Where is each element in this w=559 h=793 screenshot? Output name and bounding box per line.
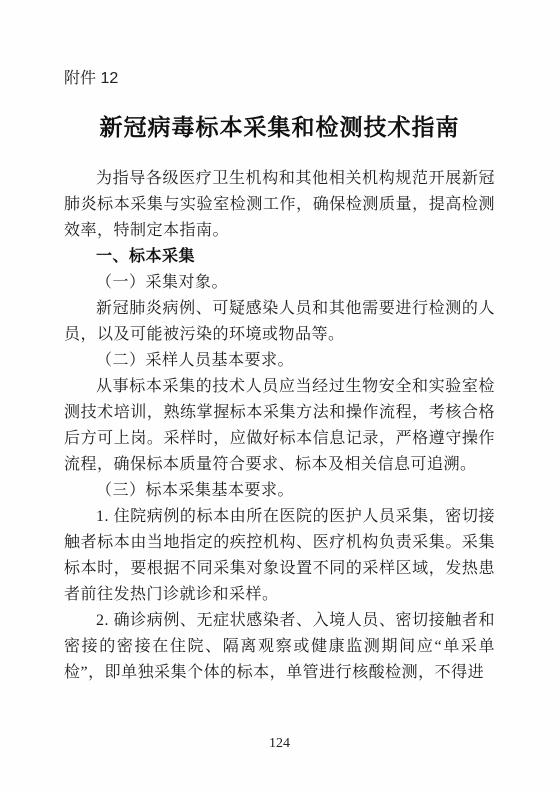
- body-paragraph: 新冠肺炎病例、可疑感染人员和其他需要进行检测的人员，以及可能被污染的环境或物品等…: [64, 296, 495, 348]
- body-paragraph: 为指导各级医疗卫生机构和其他相关机构规范开展新冠肺炎标本采集与实验室检测工作，确…: [64, 166, 495, 244]
- subsection-heading: （一）采集对象。: [64, 270, 495, 296]
- page-number: 124: [0, 735, 559, 753]
- body-paragraph: 2. 确诊病例、无症状感染者、入境人员、密切接触者和密接的密接在住院、隔离观察或…: [64, 608, 495, 686]
- section-heading: 一、标本采集: [64, 244, 495, 270]
- body-paragraph: 1. 住院病例的标本由所在医院的医护人员采集，密切接触者标本由当地指定的疾控机构…: [64, 504, 495, 608]
- document-body: 为指导各级医疗卫生机构和其他相关机构规范开展新冠肺炎标本采集与实验室检测工作，确…: [64, 166, 495, 686]
- subsection-heading: （二）采样人员基本要求。: [64, 348, 495, 374]
- document-page: 附件 12 新冠病毒标本采集和检测技术指南 为指导各级医疗卫生机构和其他相关机构…: [0, 0, 559, 793]
- attachment-label: 附件 12: [64, 68, 495, 90]
- subsection-heading: （三）标本采集基本要求。: [64, 478, 495, 504]
- body-paragraph: 从事标本采集的技术人员应当经过生物安全和实验室检测技术培训，熟练掌握标本采集方法…: [64, 374, 495, 478]
- document-title: 新冠病毒标本采集和检测技术指南: [64, 110, 495, 144]
